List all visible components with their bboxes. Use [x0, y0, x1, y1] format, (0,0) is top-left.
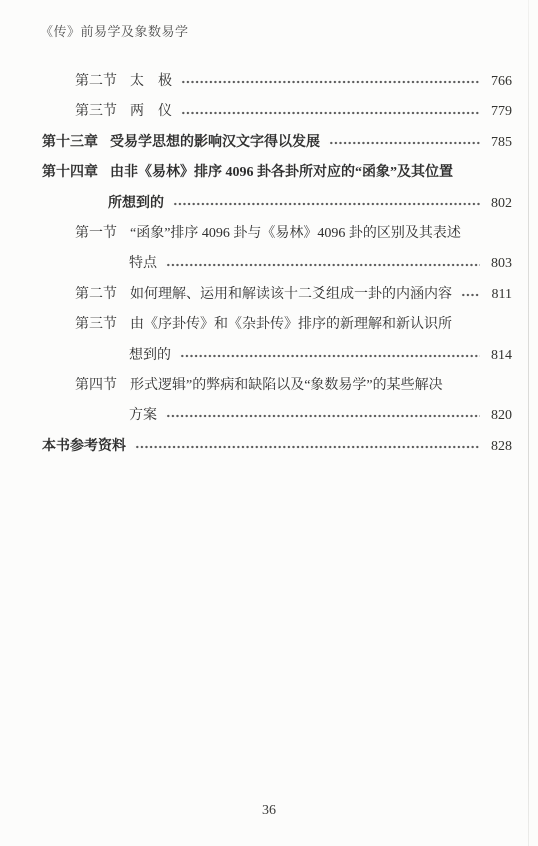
toc-entry-section-continuation: 想到的 814	[40, 341, 512, 371]
running-header: 《传》前易学及象数易学	[40, 21, 189, 40]
entry-title: 方案	[129, 401, 157, 431]
entry-title: 特点	[129, 249, 157, 279]
toc-entry-section: 第一节 “函象”排序 4096 卦与《易林》4096 卦的区别及其表述	[40, 219, 512, 249]
toc-entry-section: 第四节 形式逻辑”的弊病和缺陷以及“象数易学”的某些解决	[40, 371, 512, 401]
toc-entry-section-continuation: 特点 803	[40, 249, 512, 279]
entry-label: 第三节	[75, 97, 117, 127]
entry-title: 想到的	[129, 341, 171, 371]
toc-entry-chapter-continuation: 所想到的 802	[40, 189, 512, 219]
entry-title: 形式逻辑”的弊病和缺陷以及“象数易学”的某些解决	[130, 371, 443, 401]
entry-title: 受易学思想的影响汉文字得以发展	[110, 128, 320, 158]
entry-label: 第二节	[75, 67, 117, 97]
page-number-folio: 36	[0, 803, 538, 819]
toc-entry-section: 第二节 太 极 766	[40, 67, 512, 97]
dot-leader	[460, 288, 480, 302]
dot-leader	[165, 409, 480, 423]
entry-page-number: 828	[486, 432, 512, 462]
entry-page-number: 803	[486, 249, 512, 279]
entry-label: 第一节	[75, 219, 117, 249]
entry-label: 第二节	[75, 280, 117, 310]
toc-entry-section-continuation: 方案 820	[40, 401, 512, 431]
entry-page-number: 785	[486, 128, 512, 158]
dot-leader	[165, 258, 480, 272]
toc-entry-section: 第三节 由《序卦传》和《杂卦传》排序的新理解和新认识所	[40, 310, 512, 340]
entry-page-number: 779	[486, 97, 512, 127]
dot-leader	[172, 197, 480, 211]
entry-label: 第三节	[75, 310, 117, 340]
dot-leader	[180, 75, 480, 89]
entry-label: 第十三章	[42, 128, 98, 158]
dot-leader	[328, 136, 480, 150]
entry-title: 所想到的	[108, 189, 164, 219]
entry-label: 第四节	[75, 371, 117, 401]
entry-page-number: 802	[486, 189, 512, 219]
entry-title: “函象”排序 4096 卦与《易林》4096 卦的区别及其表述	[130, 219, 461, 249]
entry-label: 第十四章	[42, 158, 98, 188]
entry-page-number: 766	[486, 67, 512, 97]
entry-label: 本书参考资料	[42, 432, 126, 462]
toc-entry-section: 第二节 如何理解、运用和解读该十二爻组成一卦的内涵内容 811	[40, 280, 512, 310]
entry-page-number: 820	[486, 401, 512, 431]
entry-page-number: 811	[486, 280, 512, 310]
entry-title: 如何理解、运用和解读该十二爻组成一卦的内涵内容	[130, 280, 452, 310]
entry-title: 太 极	[130, 67, 172, 97]
toc-entry-chapter: 第十三章 受易学思想的影响汉文字得以发展 785	[40, 128, 512, 158]
dot-leader	[179, 349, 480, 363]
table-of-contents: 第二节 太 极 766 第三节 两 仪 779 第十三章 受易学思想的影响汉文字…	[40, 67, 512, 462]
dot-leader	[180, 106, 480, 120]
toc-entry-chapter: 第十四章 由非《易林》排序 4096 卦各卦所对应的“函象”及其位置	[40, 158, 512, 188]
page-scan-edge	[528, 0, 529, 846]
toc-entry-backmatter: 本书参考资料 828	[40, 432, 512, 462]
entry-title: 由非《易林》排序 4096 卦各卦所对应的“函象”及其位置	[110, 158, 453, 188]
entry-title: 由《序卦传》和《杂卦传》排序的新理解和新认识所	[130, 310, 452, 340]
dot-leader	[134, 440, 480, 454]
entry-title: 两 仪	[130, 97, 172, 127]
toc-entry-section: 第三节 两 仪 779	[40, 97, 512, 127]
entry-page-number: 814	[486, 341, 512, 371]
